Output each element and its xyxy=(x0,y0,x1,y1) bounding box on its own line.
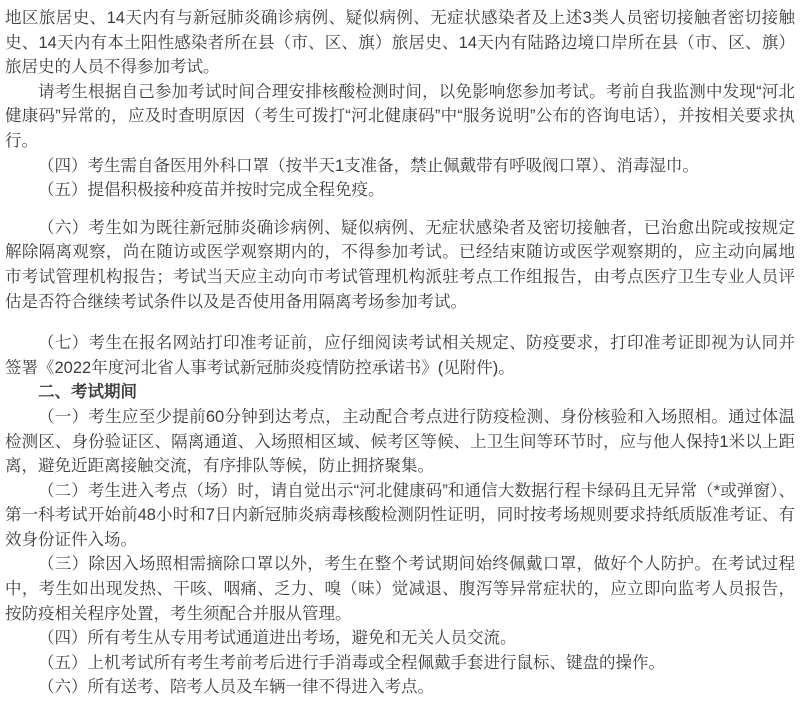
exam-item-4-dedicated-channel: （四）所有考生从专用考试通道进出考场，避免和无关人员交流。 xyxy=(5,626,795,651)
paragraph-travel-history-restriction: 地区旅居史、14天内有与新冠肺炎确诊病例、疑似病例、无症状感染者及上述3类人员密… xyxy=(5,6,795,80)
exam-item-5-computer-exam-hygiene: （五）上机考试所有考生考前考后进行手消毒或全程佩戴手套进行鼠标、键盘的操作。 xyxy=(5,651,795,676)
list-item-4-masks-wipes: （四）考生需自备医用外科口罩（按半天1支准备，禁止佩戴带有呼吸阀口罩）、消毒湿巾… xyxy=(5,154,795,179)
list-item-5-vaccination: （五）提倡积极接种疫苗并按时完成全程免疫。 xyxy=(5,178,795,203)
exam-item-2-health-codes: （二）考生进入考点（场）时，请自觉出示“河北健康码”和通信大数据行程卡绿码且无异… xyxy=(5,479,795,553)
list-item-6-recovered-cases: （六）考生如为既往新冠肺炎确诊病例、疑似病例、无症状感染者及密切接触者，已治愈出… xyxy=(5,216,795,314)
exam-item-6-no-escorts: （六）所有送考、陪考人员及车辆一律不得进入考点。 xyxy=(5,675,795,700)
list-item-7-print-admission-ticket: （七）考生在报名网站打印准考证前，应仔细阅读考试相关规定、防疫要求，打印准考证即… xyxy=(5,331,795,380)
notice-document: 地区旅居史、14天内有与新冠肺炎确诊病例、疑似病例、无症状感染者及上述3类人员密… xyxy=(0,0,800,703)
exam-item-3-mask-wearing: （三）除因入场照相需摘除口罩以外，考生在整个考试期间始终佩戴口罩，做好个人防护。… xyxy=(5,552,795,626)
paragraph-nucleic-acid-reminder: 请考生根据自己参加考试时间合理安排核酸检测时间，以免影响您参加考试。考前自我监测… xyxy=(5,80,795,154)
exam-item-1-arrival: （一）考生应至少提前60分钟到达考点，主动配合考点进行防疫检测、身份核验和入场照… xyxy=(5,405,795,479)
section-heading-exam-period: 二、考试期间 xyxy=(5,380,795,405)
